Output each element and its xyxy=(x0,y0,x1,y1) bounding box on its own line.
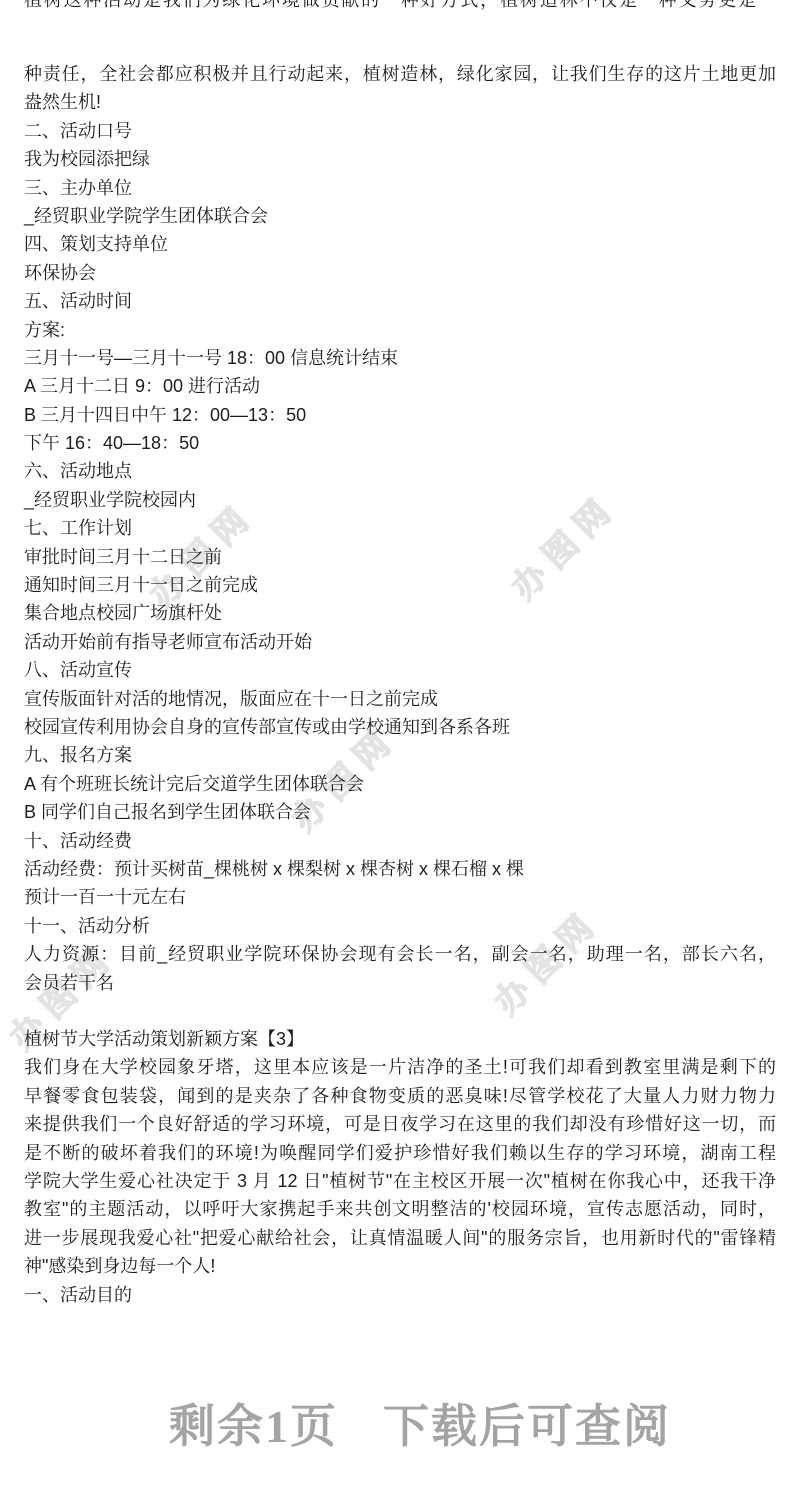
doc-line: 种责任，全社会都应积极并且行动起来，植树造林，绿化家园，让我们生存的这片土地更加 xyxy=(24,60,776,88)
doc-line: 是不断的破坏着我们的环境!为唤醒同学们爱护珍惜好我们赖以生存的学习环境，湖南工程 xyxy=(24,1139,776,1167)
doc-heading: 九、报名方案 xyxy=(24,741,776,769)
doc-line: 集合地点校园广场旗杆处 xyxy=(24,599,776,627)
doc-line: 人力资源：目前_经贸职业学院环保协会现有会长一名，副会一名，助理一名，部长六名， xyxy=(24,940,776,968)
doc-line: A 有个班班长统计完后交道学生团体联合会 xyxy=(24,770,776,798)
plan-section-2: 种责任，全社会都应积极并且行动起来，植树造林，绿化家园，让我们生存的这片土地更加… xyxy=(24,60,776,997)
doc-line: A 三月十二日 9：00 进行活动 xyxy=(24,372,776,400)
doc-line: 教室"的主题活动，以呼吁大家携起手来共创文明整洁的'校园环境，宣传志愿活动，同时… xyxy=(24,1195,776,1223)
doc-line: 盎然生机! xyxy=(24,88,776,116)
doc-line: 进一步展现我爱心社"把爱心献给社会，让真情温暖人间"的服务宗旨，也用新时代的"雷… xyxy=(24,1224,776,1252)
doc-heading: 七、工作计划 xyxy=(24,514,776,542)
doc-line: B 三月十四日中午 12：00—13：50 xyxy=(24,401,776,429)
doc-line: 学院大学生爱心社决定于 3 月 12 日"植树节"在主校区开展一次"植树在你我心… xyxy=(24,1167,776,1195)
doc-line: B 同学们自己报名到学生团体联合会 xyxy=(24,798,776,826)
doc-line: 早餐零食包装袋，闻到的是夹杂了各种食物变质的恶臭味!尽管学校花了大量人力财力物力 xyxy=(24,1082,776,1110)
plan-section-3: 植树节大学活动策划新颖方案【3】 我们身在大学校园象牙塔，这里本应该是一片洁净的… xyxy=(24,1025,776,1309)
doc-line: 校园宣传利用协会自身的宣传部宣传或由学校通知到各系各班 xyxy=(24,713,776,741)
doc-line: _经贸职业学院学生团体联合会 xyxy=(24,202,776,230)
clipped-top-line: 植树这种活动是我们为绿化环境做贡献的一种好方式，植树造林不仅是一种义务更是一 xyxy=(24,0,776,15)
doc-line: 会员若干名 xyxy=(24,969,776,997)
doc-line: 神"感染到身边每一个人! xyxy=(24,1252,776,1280)
doc-line: 活动经费：预计买树苗_棵桃树 x 棵梨树 x 棵杏树 x 棵石榴 x 棵 xyxy=(24,855,776,883)
doc-line: 来提供我们一个良好舒适的学习环境，可是日夜学习在这里的我们却没有珍惜好这一切，而 xyxy=(24,1110,776,1138)
doc-line: 下午 16：40—18：50 xyxy=(24,429,776,457)
doc-line: 我为校园添把绿 xyxy=(24,145,776,173)
doc-line: 我们身在大学校园象牙塔，这里本应该是一片洁净的圣土!可我们却看到教室里满是剩下的 xyxy=(24,1053,776,1081)
doc-heading: 十一、活动分析 xyxy=(24,912,776,940)
remaining-pages-count: 剩余1页 xyxy=(169,1401,338,1452)
doc-heading: 四、策划支持单位 xyxy=(24,230,776,258)
doc-line: 通知时间三月十一日之前完成 xyxy=(24,571,776,599)
doc-line: 预计一百一十元左右 xyxy=(24,883,776,911)
doc-line: 三月十一号—三月十一号 18：00 信息统计结束 xyxy=(24,344,776,372)
doc-line: 环保协会 xyxy=(24,259,776,287)
doc-line: _经贸职业学院校园内 xyxy=(24,486,776,514)
doc-heading: 十、活动经费 xyxy=(24,827,776,855)
doc-heading: 六、活动地点 xyxy=(24,457,776,485)
document-preview-page: 植树这种活动是我们为绿化环境做贡献的一种好方式，植树造林不仅是一种义务更是一 办… xyxy=(0,0,800,1496)
doc-heading: 二、活动口号 xyxy=(24,117,776,145)
doc-heading: 三、主办单位 xyxy=(24,174,776,202)
doc-title-plan-3: 植树节大学活动策划新颖方案【3】 xyxy=(24,1025,776,1053)
doc-heading: 一、活动目的 xyxy=(24,1281,776,1309)
doc-line: 方案: xyxy=(24,316,776,344)
remaining-pages-notice: 剩余1页下载后可查阅 xyxy=(20,1390,800,1456)
doc-heading: 八、活动宣传 xyxy=(24,656,776,684)
doc-line: 审批时间三月十二日之前 xyxy=(24,543,776,571)
doc-line: 活动开始前有指导老师宣布活动开始 xyxy=(24,628,776,656)
download-to-view-hint: 下载后可查阅 xyxy=(383,1401,671,1452)
doc-heading: 五、活动时间 xyxy=(24,287,776,315)
doc-line: 宣传版面针对活的地情况，版面应在十一日之前完成 xyxy=(24,685,776,713)
